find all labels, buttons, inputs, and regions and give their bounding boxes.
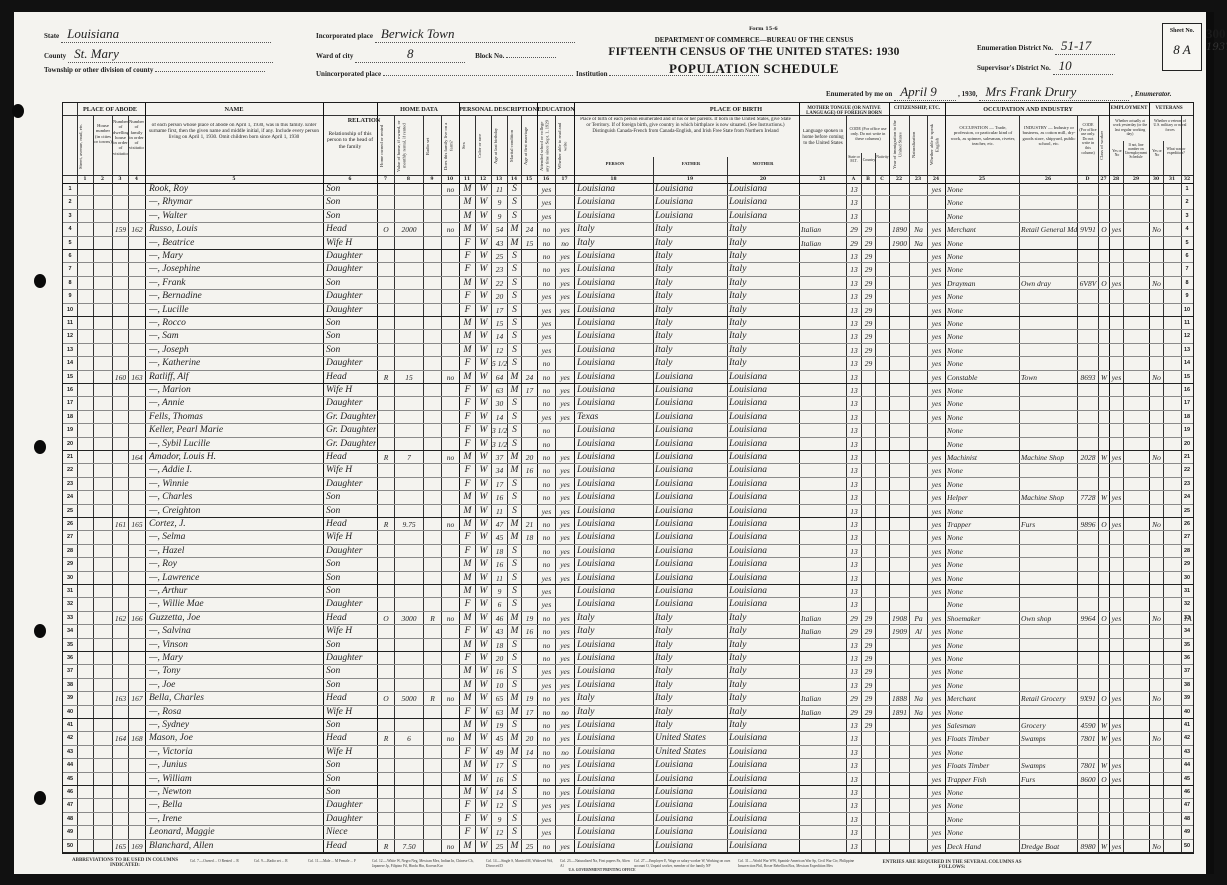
cell-codeC	[876, 304, 889, 317]
cell-codeB: 29	[862, 304, 875, 317]
cell-marital: S	[508, 545, 521, 558]
cell-war	[1164, 692, 1181, 705]
stamp-number: 300	[1206, 26, 1226, 42]
cell-age-marriage: 25	[522, 840, 537, 853]
cell-english: yes	[928, 371, 945, 384]
cell-language: Italian	[801, 706, 846, 719]
cell-race: W	[476, 451, 491, 464]
cell-birth: Italy	[577, 692, 653, 705]
cell-radio	[424, 732, 441, 745]
cell-school: no	[538, 625, 555, 638]
cell-naturalization	[910, 344, 927, 357]
cell-naturalization	[910, 451, 927, 464]
cell-farm: no	[442, 371, 459, 384]
cell-class: O	[1099, 773, 1109, 786]
cell-race: W	[476, 652, 491, 665]
cell-family	[129, 464, 145, 477]
cell-race: W	[476, 277, 491, 290]
cell-immigration	[890, 639, 909, 652]
cell-sex: F	[460, 397, 475, 410]
cell-at-work	[1110, 183, 1123, 196]
cell-read: yes	[556, 773, 574, 786]
cell-farm-sched	[1182, 210, 1193, 223]
cell-language: Italian	[801, 223, 846, 236]
unincorporated-value	[383, 75, 573, 76]
cell-veteran	[1150, 773, 1163, 786]
cell-class	[1099, 183, 1109, 196]
cell-farm-sched	[1182, 464, 1193, 477]
cell-naturalization: Na	[910, 223, 927, 236]
cell-unemp-line	[1124, 719, 1149, 732]
cell-father-birth: Louisiana	[655, 464, 727, 477]
cell-unemp-line	[1124, 813, 1149, 826]
cell-radio	[424, 397, 441, 410]
cell-radio	[424, 679, 441, 692]
cell-naturalization	[910, 732, 927, 745]
line-number: 36	[63, 652, 77, 665]
cell-veteran: No	[1150, 612, 1163, 625]
cell-owned	[378, 397, 394, 410]
cell-radio	[424, 545, 441, 558]
cell-war	[1164, 223, 1181, 236]
cell-at-work	[1110, 263, 1123, 276]
cell-language	[801, 196, 846, 209]
cell-marital: S	[508, 572, 521, 585]
cell-veteran	[1150, 397, 1163, 410]
cell-codeB	[862, 585, 875, 598]
cell-industry	[1021, 746, 1077, 759]
cell-farm-sched	[1182, 692, 1193, 705]
cell-radio	[424, 572, 441, 585]
cell-dwelling	[113, 813, 128, 826]
cell-age: 63	[492, 384, 507, 397]
township-label: Township or other division of county	[44, 66, 153, 74]
cell-family	[129, 277, 145, 290]
cell-farm	[442, 250, 459, 263]
cell-industry	[1021, 183, 1077, 196]
cell-code	[1078, 478, 1098, 491]
cell-father-birth: Louisiana	[655, 786, 727, 799]
cell-sex: M	[460, 451, 475, 464]
cell-naturalization	[910, 384, 927, 397]
cell-father-birth: Italy	[655, 330, 727, 343]
cell-radio	[424, 250, 441, 263]
cell-family: 164	[129, 451, 145, 464]
cell-class	[1099, 665, 1109, 678]
supervisor-district-label: Supervisor's District No.	[977, 64, 1051, 72]
column-number: 3	[112, 177, 128, 182]
cell-name: —, Creighton	[149, 505, 321, 518]
cell-codeA: 13	[847, 371, 861, 384]
cell-industry	[1021, 652, 1077, 665]
cell-war	[1164, 451, 1181, 464]
cell-birth: Louisiana	[577, 545, 653, 558]
cell-radio	[424, 277, 441, 290]
cell-farm	[442, 679, 459, 692]
cell-naturalization	[910, 438, 927, 451]
cell-occupation: None	[947, 826, 1019, 839]
cell-veteran	[1150, 545, 1163, 558]
cell-mother-birth: Italy	[729, 304, 799, 317]
cell-codeA: 13	[847, 397, 861, 410]
cell-class	[1099, 478, 1109, 491]
township-field: Township or other division of county	[44, 66, 304, 74]
cell-codeB	[862, 813, 875, 826]
cell-name: —, Marion	[149, 384, 321, 397]
cell-relation: Son	[326, 639, 376, 652]
cell-dwelling	[113, 572, 128, 585]
column-number: 1	[77, 177, 93, 182]
cell-immigration	[890, 840, 909, 853]
cell-codeB	[862, 424, 875, 437]
cell-race: W	[476, 759, 491, 772]
cell-name: —, William	[149, 773, 321, 786]
cell-codeC	[876, 826, 889, 839]
cell-language	[801, 585, 846, 598]
cell-english: yes	[928, 357, 945, 370]
cell-owned	[378, 826, 394, 839]
cell-language	[801, 639, 846, 652]
cell-code	[1078, 210, 1098, 223]
table-row: 33—, WalterSonMW9SyesLouisianaLouisianaL…	[63, 210, 1193, 223]
cell-war	[1164, 531, 1181, 544]
cell-occupation: None	[947, 344, 1019, 357]
cell-occupation: None	[947, 545, 1019, 558]
col-naturalization: Naturalization	[911, 117, 925, 173]
cell-age: 15	[492, 317, 507, 330]
cell-farm	[442, 397, 459, 410]
cell-family	[129, 799, 145, 812]
cell-class	[1099, 330, 1109, 343]
cell-marital: S	[508, 317, 521, 330]
cell-value	[395, 397, 423, 410]
cell-naturalization	[910, 799, 927, 812]
institution-label: Institution	[576, 70, 608, 78]
cell-name: Rook, Roy	[149, 183, 321, 196]
cell-language: Italian	[801, 612, 846, 625]
cell-race: W	[476, 330, 491, 343]
cell-family	[129, 786, 145, 799]
cell-farm	[442, 478, 459, 491]
cell-school: no	[538, 397, 555, 410]
column-number: 23	[909, 177, 927, 182]
cell-age: 37	[492, 451, 507, 464]
cell-race: W	[476, 250, 491, 263]
cell-marital: S	[508, 250, 521, 263]
cell-school: no	[538, 746, 555, 759]
cell-naturalization	[910, 290, 927, 303]
cell-mother-birth: Louisiana	[729, 598, 799, 611]
cell-farm-sched	[1182, 196, 1193, 209]
cell-birth: Louisiana	[577, 719, 653, 732]
cell-value	[395, 719, 423, 732]
cell-radio	[424, 438, 441, 451]
cell-codeC	[876, 799, 889, 812]
cell-value	[395, 438, 423, 451]
line-number: 40	[63, 706, 77, 719]
col-age: Age at last birthday	[493, 119, 507, 173]
line-number: 32	[63, 598, 77, 611]
cell-code	[1078, 585, 1098, 598]
cell-farm	[442, 826, 459, 839]
cell-family	[129, 438, 145, 451]
cell-english: yes	[928, 531, 945, 544]
cell-read: yes	[556, 290, 574, 303]
cell-age-marriage	[522, 397, 537, 410]
cell-dwelling	[113, 545, 128, 558]
cell-language	[801, 518, 846, 531]
cell-marital: M	[508, 706, 521, 719]
cell-father-birth: Italy	[655, 706, 727, 719]
cell-father-birth: Italy	[655, 639, 727, 652]
cell-sex: M	[460, 585, 475, 598]
cell-code	[1078, 397, 1098, 410]
cell-veteran	[1150, 357, 1163, 370]
cell-age-marriage: 24	[522, 223, 537, 236]
cell-unemp-line	[1124, 518, 1149, 531]
cell-dwelling	[113, 263, 128, 276]
cell-immigration	[890, 652, 909, 665]
cell-code	[1078, 652, 1098, 665]
cell-war	[1164, 304, 1181, 317]
cell-industry	[1021, 558, 1077, 571]
cell-code	[1078, 625, 1098, 638]
cell-school: yes	[538, 826, 555, 839]
cell-dwelling: 164	[113, 732, 128, 745]
cell-age: 9	[492, 585, 507, 598]
cell-value	[395, 491, 423, 504]
cell-value	[395, 585, 423, 598]
cell-language	[801, 786, 846, 799]
cell-language	[801, 759, 846, 772]
cell-family: 168	[129, 732, 145, 745]
cell-race: W	[476, 545, 491, 558]
cell-owned	[378, 411, 394, 424]
cell-value: 3000	[395, 612, 423, 625]
cell-value	[395, 625, 423, 638]
cell-race: W	[476, 196, 491, 209]
line-number: 5	[63, 237, 77, 250]
cell-codeB: 29	[862, 223, 875, 236]
cell-unemp-line	[1124, 183, 1149, 196]
cell-unemp-line	[1124, 491, 1149, 504]
cell-immigration	[890, 665, 909, 678]
cell-farm-sched	[1182, 250, 1193, 263]
cell-mother-birth: Louisiana	[729, 491, 799, 504]
cell-school: yes	[538, 598, 555, 611]
cell-farm-sched	[1182, 491, 1193, 504]
cell-relation: Son	[326, 572, 376, 585]
cell-naturalization	[910, 464, 927, 477]
cell-race: W	[476, 786, 491, 799]
cell-mother-birth: Louisiana	[729, 411, 799, 424]
cell-war	[1164, 317, 1181, 330]
cell-immigration	[890, 384, 909, 397]
cell-at-work	[1110, 357, 1123, 370]
cell-birth: Louisiana	[577, 585, 653, 598]
cell-father-birth: Louisiana	[655, 371, 727, 384]
cell-codeB: 29	[862, 317, 875, 330]
cell-industry	[1021, 505, 1077, 518]
cell-farm	[442, 384, 459, 397]
cell-codeB: 29	[862, 330, 875, 343]
cell-war	[1164, 665, 1181, 678]
cell-father-birth: Louisiana	[655, 478, 727, 491]
cell-at-work	[1110, 397, 1123, 410]
cell-sex: M	[460, 612, 475, 625]
cell-age: 11	[492, 505, 507, 518]
band-education: EDUCATION	[537, 106, 575, 113]
col-home-value: Value of home, if owned, or monthly rent…	[396, 119, 422, 173]
cell-language	[801, 665, 846, 678]
table-row: 2929—, RoySonMW16SnoyesLouisianaLouisian…	[63, 558, 1193, 571]
county-field: County St. Mary	[44, 46, 273, 63]
cell-family	[129, 545, 145, 558]
cell-farm	[442, 304, 459, 317]
cell-codeA: 13	[847, 598, 861, 611]
cell-owned	[378, 652, 394, 665]
cell-at-work	[1110, 746, 1123, 759]
cell-naturalization	[910, 773, 927, 786]
col-code-b: Country	[862, 158, 876, 162]
cell-english: yes	[928, 183, 945, 196]
cell-occupation: None	[947, 531, 1019, 544]
cell-sex: F	[460, 357, 475, 370]
cell-unemp-line	[1124, 210, 1149, 223]
cell-veteran	[1150, 237, 1163, 250]
cell-age-marriage	[522, 183, 537, 196]
cell-owned	[378, 263, 394, 276]
cell-codeC	[876, 451, 889, 464]
cell-age: 49	[492, 746, 507, 759]
cell-age: 3 1/2	[492, 438, 507, 451]
line-number: 9	[63, 290, 77, 303]
cell-immigration	[890, 438, 909, 451]
cell-family	[129, 585, 145, 598]
cell-school: no	[538, 451, 555, 464]
cell-marital: M	[508, 371, 521, 384]
cell-codeA: 13	[847, 826, 861, 839]
cell-father-birth: Italy	[655, 357, 727, 370]
line-number: 4	[63, 223, 77, 236]
col-birth-mother: MOTHER	[729, 161, 797, 166]
cell-read	[556, 598, 574, 611]
cell-farm-sched	[1182, 223, 1193, 236]
line-number: 46	[63, 786, 77, 799]
cell-owned	[378, 317, 394, 330]
cell-mother-birth: Louisiana	[729, 518, 799, 531]
cell-family	[129, 330, 145, 343]
cell-age: 34	[492, 464, 507, 477]
cell-language	[801, 210, 846, 223]
cell-industry	[1021, 290, 1077, 303]
cell-english	[928, 813, 945, 826]
cell-age: 17	[492, 759, 507, 772]
cell-owned	[378, 558, 394, 571]
line-number: 31	[63, 585, 77, 598]
cell-race: W	[476, 706, 491, 719]
cell-name: —, Arthur	[149, 585, 321, 598]
cell-codeC	[876, 250, 889, 263]
cell-unemp-line	[1124, 411, 1149, 424]
cell-naturalization	[910, 317, 927, 330]
cell-codeB: 29	[862, 665, 875, 678]
cell-relation: Wife H	[326, 237, 376, 250]
cell-class	[1099, 679, 1109, 692]
cell-farm-sched	[1182, 746, 1193, 759]
cell-war	[1164, 773, 1181, 786]
cell-at-work	[1110, 652, 1123, 665]
cell-relation: Wife H	[326, 746, 376, 759]
cell-farm	[442, 438, 459, 451]
column-number: D	[1077, 177, 1098, 182]
cell-school: no	[538, 786, 555, 799]
table-row: 3030—, LawrenceSonMW11SyesyesLouisianaLo…	[63, 572, 1193, 585]
cell-family	[129, 652, 145, 665]
cell-race: W	[476, 183, 491, 196]
cell-birth: Louisiana	[577, 598, 653, 611]
cell-code	[1078, 706, 1098, 719]
cell-mother-birth: Louisiana	[729, 478, 799, 491]
cell-farm	[442, 572, 459, 585]
cell-codeB: 29	[862, 263, 875, 276]
cell-read: yes	[556, 759, 574, 772]
cell-age: 64	[492, 371, 507, 384]
cell-codeC	[876, 531, 889, 544]
cell-naturalization	[910, 210, 927, 223]
table-row: 4444—, JuniusSonMW17SnoyesLouisianaLouis…	[63, 759, 1193, 772]
cell-sex: M	[460, 840, 475, 853]
cell-at-work	[1110, 598, 1123, 611]
cell-relation: Head	[326, 732, 376, 745]
cell-codeC	[876, 545, 889, 558]
cell-dwelling	[113, 585, 128, 598]
cell-relation: Head	[326, 451, 376, 464]
cell-codeC	[876, 344, 889, 357]
cell-code	[1078, 438, 1098, 451]
cell-read: yes	[556, 652, 574, 665]
cell-immigration	[890, 411, 909, 424]
cell-class	[1099, 317, 1109, 330]
cell-codeC	[876, 384, 889, 397]
cell-war	[1164, 786, 1181, 799]
cell-read: yes	[556, 558, 574, 571]
cell-immigration	[890, 719, 909, 732]
cell-english: yes	[928, 572, 945, 585]
cell-race: W	[476, 585, 491, 598]
cell-code	[1078, 505, 1098, 518]
cell-marital: S	[508, 304, 521, 317]
cell-farm-sched	[1182, 759, 1193, 772]
cell-birth: Louisiana	[577, 344, 653, 357]
cell-codeA: 13	[847, 518, 861, 531]
cell-father-birth: Louisiana	[655, 826, 727, 839]
column-number: 9	[423, 177, 441, 182]
cell-codeB	[862, 826, 875, 839]
cell-age-marriage	[522, 317, 537, 330]
line-number: 41	[63, 719, 77, 732]
cell-marital: S	[508, 478, 521, 491]
cell-name: —, Charles	[149, 491, 321, 504]
cell-age-marriage	[522, 572, 537, 585]
cell-sex: M	[460, 679, 475, 692]
cell-codeB: 29	[862, 250, 875, 263]
cell-race: W	[476, 424, 491, 437]
cell-name: Mason, Joe	[149, 732, 321, 745]
cell-sex: M	[460, 572, 475, 585]
cell-immigration	[890, 464, 909, 477]
cell-school: yes	[538, 317, 555, 330]
